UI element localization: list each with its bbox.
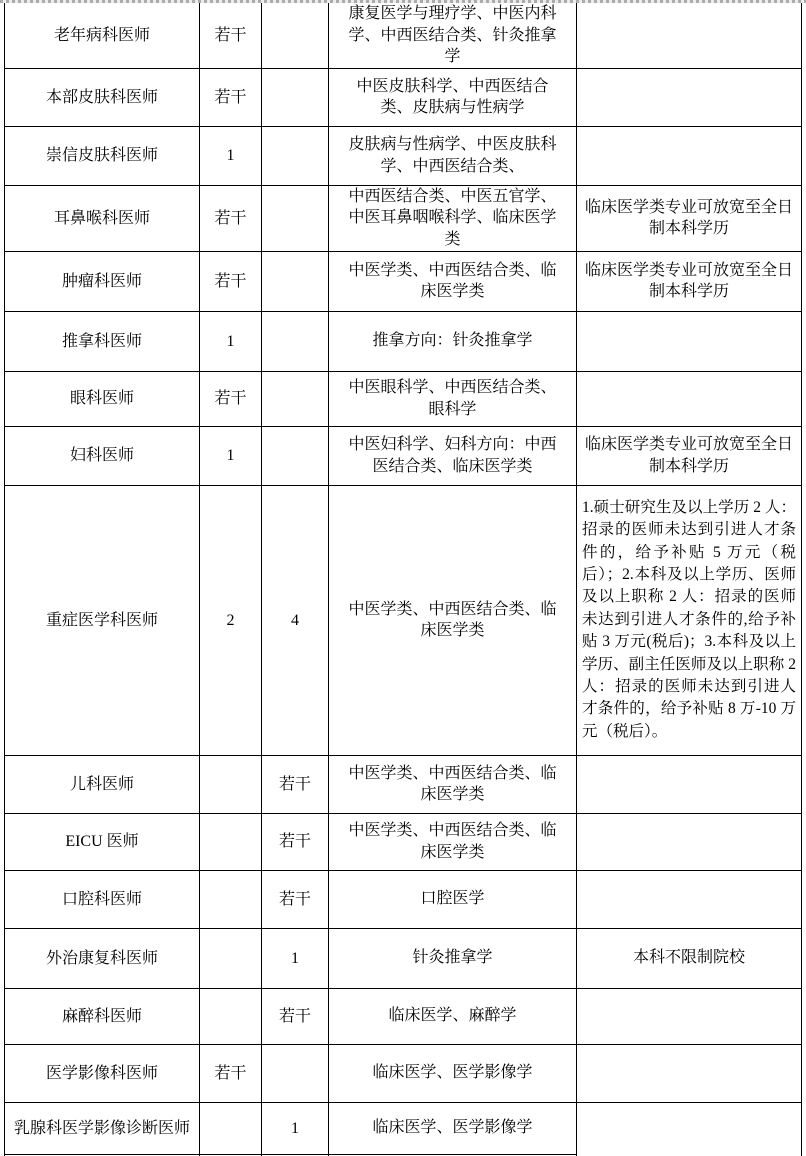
note-cell <box>577 371 802 426</box>
quota-b-cell: 若干 <box>262 870 329 928</box>
note-cell <box>577 1102 802 1154</box>
table-row: 外治康复科医师1针灸推拿学本科不限制院校 <box>5 928 802 988</box>
quota-a-cell <box>200 928 262 988</box>
table-row: 乳腺科医学影像诊断医师1临床医学、医学影像学 <box>5 1102 802 1154</box>
position-cell: 妇科医师 <box>5 426 200 485</box>
position-cell: 耳鼻喉科医师 <box>5 185 200 251</box>
position-cell: 儿科医师 <box>5 755 200 813</box>
table-row: 崇信皮肤科医师1皮肤病与性病学、中医皮肤科学、中西医结合类、 <box>5 126 802 185</box>
majors-cell: 临床医学、医学影像学 <box>329 1044 577 1102</box>
note-cell <box>577 813 802 870</box>
majors-cell: 推拿方向：针灸推拿学 <box>329 311 577 371</box>
majors-cell: 中医皮肤科学、中西医结合类、皮肤病与性病学 <box>329 68 577 126</box>
quota-b-cell <box>262 371 329 426</box>
position-cell: 本部皮肤科医师 <box>5 68 200 126</box>
majors-cell: 中西医结合类、中医五官学、中医耳鼻咽喉科学、临床医学类 <box>329 185 577 251</box>
quota-a-cell <box>200 755 262 813</box>
note-cell <box>577 870 802 928</box>
note-cell <box>577 755 802 813</box>
position-cell: 乳腺科医学影像诊断医师 <box>5 1102 200 1154</box>
majors-cell: 中医妇科学、妇科方向：中西医结合类、临床医学类 <box>329 426 577 485</box>
position-cell: EICU 医师 <box>5 813 200 870</box>
table-row: 本部皮肤科医师若干中医皮肤科学、中西医结合类、皮肤病与性病学 <box>5 68 802 126</box>
quota-a-cell: 若干 <box>200 371 262 426</box>
position-cell: 外治康复科医师 <box>5 928 200 988</box>
quota-a-cell: 若干 <box>200 3 262 68</box>
recruitment-positions-table: 老年病科医师若干康复医学与理疗学、中医内科学、中西医结合类、针灸推拿学本部皮肤科… <box>4 3 802 1156</box>
quota-a-cell: 1 <box>200 126 262 185</box>
table-row: 妇科医师1中医妇科学、妇科方向：中西医结合类、临床医学类临床医学类专业可放宽至全… <box>5 426 802 485</box>
position-cell: 推拿科医师 <box>5 311 200 371</box>
quota-b-cell: 1 <box>262 1102 329 1154</box>
table-row: 肿瘤科医师若干中医学类、中西医结合类、临床医学类临床医学类专业可放宽至全日制本科… <box>5 251 802 311</box>
quota-b-cell <box>262 126 329 185</box>
quota-a-cell: 若干 <box>200 68 262 126</box>
table-row: 口腔科医师若干口腔医学 <box>5 870 802 928</box>
position-cell: 口腔科医师 <box>5 870 200 928</box>
table-row: 老年病科医师若干康复医学与理疗学、中医内科学、中西医结合类、针灸推拿学 <box>5 3 802 68</box>
quota-b-cell: 若干 <box>262 988 329 1044</box>
quota-b-cell <box>262 251 329 311</box>
position-cell: 肿瘤科医师 <box>5 251 200 311</box>
majors-cell: 中医眼科学、中西医结合类、眼科学 <box>329 371 577 426</box>
quota-b-cell <box>262 311 329 371</box>
note-cell: 临床医学类专业可放宽至全日制本科学历 <box>577 251 802 311</box>
quota-b-cell: 若干 <box>262 813 329 870</box>
crop-edge-top <box>0 0 806 3</box>
quota-a-cell <box>200 813 262 870</box>
majors-cell: 康复医学与理疗学、中医内科学、中西医结合类、针灸推拿学 <box>329 3 577 68</box>
quota-a-cell: 1 <box>200 426 262 485</box>
note-cell <box>577 1044 802 1102</box>
table-row: 重症医学科医师24中医学类、中西医结合类、临床医学类1.硕士研究生及以上学历 2… <box>5 485 802 755</box>
quota-a-cell: 若干 <box>200 1044 262 1102</box>
quota-a-cell <box>200 988 262 1044</box>
quota-b-cell <box>262 1044 329 1102</box>
quota-b-cell <box>262 68 329 126</box>
note-cell <box>577 68 802 126</box>
majors-cell: 中医学类、中西医结合类、临床医学类 <box>329 485 577 755</box>
table-row: 麻醉科医师若干临床医学、麻醉学 <box>5 988 802 1044</box>
quota-a-cell: 2 <box>200 485 262 755</box>
table-row: 推拿科医师1推拿方向：针灸推拿学 <box>5 311 802 371</box>
table-row: 医学影像科医师若干临床医学、医学影像学 <box>5 1044 802 1102</box>
quota-b-cell: 1 <box>262 928 329 988</box>
majors-cell: 中医学类、中西医结合类、临床医学类 <box>329 251 577 311</box>
note-cell: 本科不限制院校 <box>577 928 802 988</box>
position-cell: 重症医学科医师 <box>5 485 200 755</box>
majors-cell: 针灸推拿学 <box>329 928 577 988</box>
table-row: 儿科医师若干中医学类、中西医结合类、临床医学类 <box>5 755 802 813</box>
note-cell: 临床医学类专业可放宽至全日制本科学历 <box>577 426 802 485</box>
note-cell: 1.硕士研究生及以上学历 2 人：招录的医师未达到引进人才条件的，给予补贴 5 … <box>577 485 802 755</box>
note-cell <box>577 311 802 371</box>
table-row: 眼科医师若干中医眼科学、中西医结合类、眼科学 <box>5 371 802 426</box>
position-cell: 麻醉科医师 <box>5 988 200 1044</box>
table-row: EICU 医师若干中医学类、中西医结合类、临床医学类 <box>5 813 802 870</box>
majors-cell: 临床医学、麻醉学 <box>329 988 577 1044</box>
majors-cell: 口腔医学 <box>329 870 577 928</box>
position-cell: 崇信皮肤科医师 <box>5 126 200 185</box>
majors-cell: 临床医学、医学影像学 <box>329 1102 577 1154</box>
majors-cell: 中医学类、中西医结合类、临床医学类 <box>329 813 577 870</box>
position-cell: 眼科医师 <box>5 371 200 426</box>
quota-a-cell <box>200 1102 262 1154</box>
note-cell: 临床医学类专业可放宽至全日制本科学历 <box>577 185 802 251</box>
majors-cell: 中医学类、中西医结合类、临床医学类 <box>329 755 577 813</box>
quota-b-cell <box>262 185 329 251</box>
quota-a-cell: 若干 <box>200 251 262 311</box>
quota-a-cell: 若干 <box>200 185 262 251</box>
quota-b-cell <box>262 3 329 68</box>
note-cell <box>577 126 802 185</box>
position-cell: 医学影像科医师 <box>5 1044 200 1102</box>
quota-a-cell <box>200 870 262 928</box>
quota-b-cell <box>262 426 329 485</box>
table-row: 耳鼻喉科医师若干中西医结合类、中医五官学、中医耳鼻咽喉科学、临床医学类临床医学类… <box>5 185 802 251</box>
quota-a-cell: 1 <box>200 311 262 371</box>
majors-cell: 皮肤病与性病学、中医皮肤科学、中西医结合类、 <box>329 126 577 185</box>
quota-b-cell: 若干 <box>262 755 329 813</box>
position-cell: 老年病科医师 <box>5 3 200 68</box>
quota-b-cell: 4 <box>262 485 329 755</box>
note-cell <box>577 3 802 68</box>
note-cell <box>577 988 802 1044</box>
